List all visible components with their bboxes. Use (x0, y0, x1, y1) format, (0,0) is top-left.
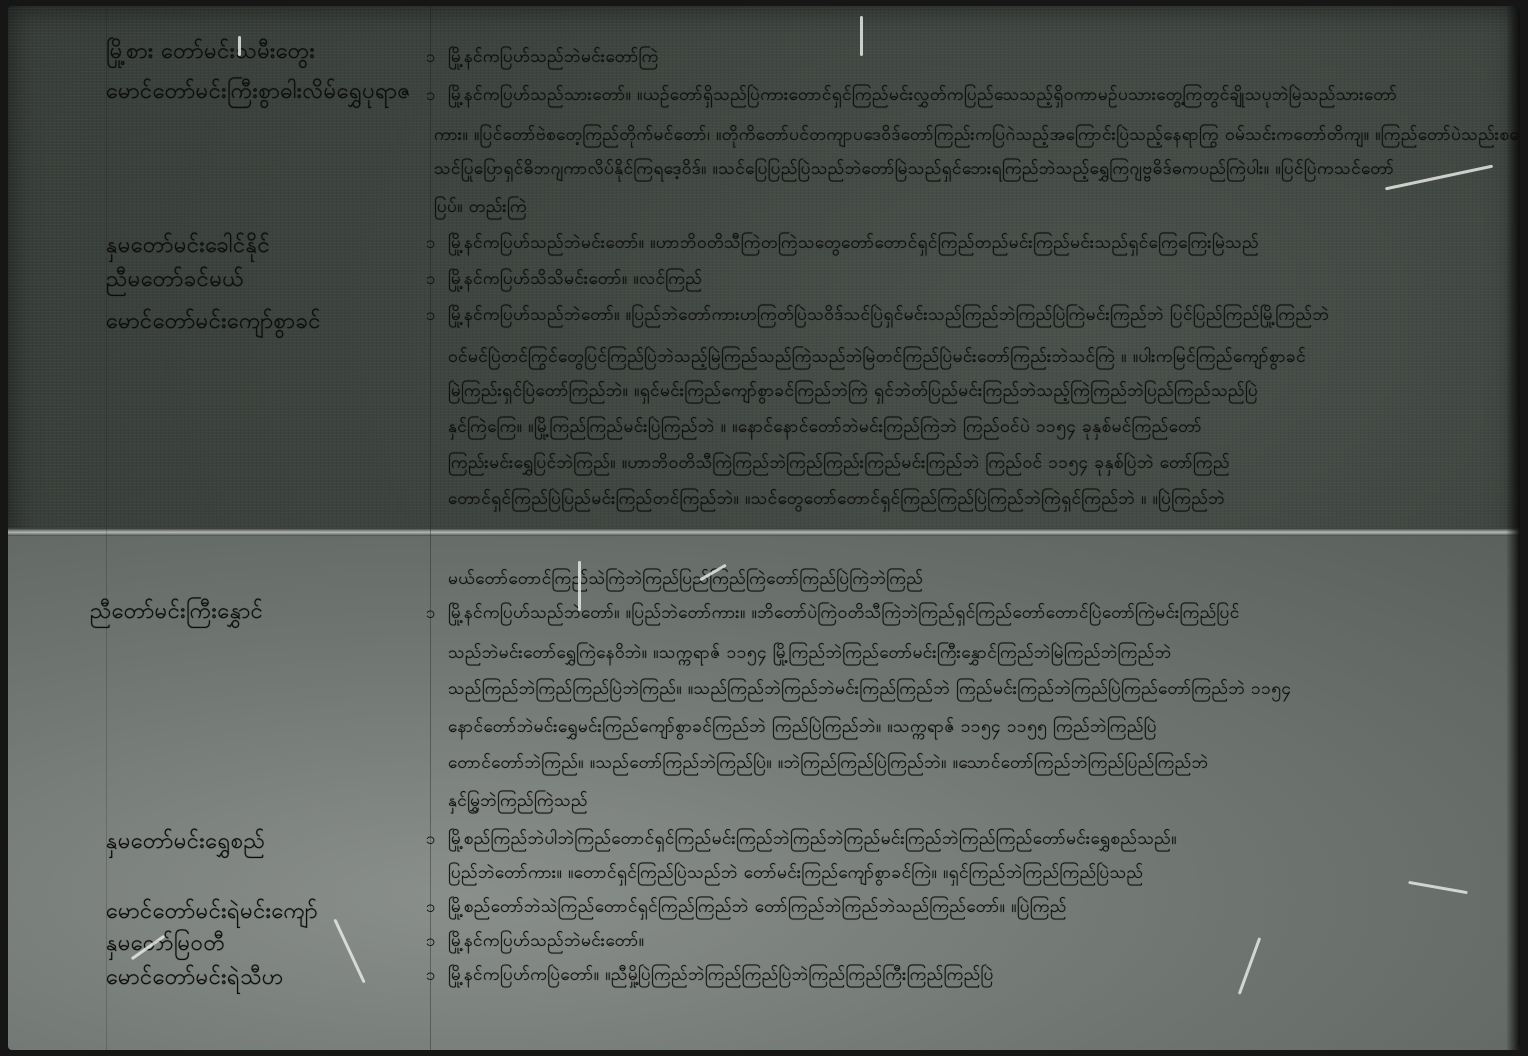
entry-number: ၁ (426, 602, 436, 627)
entry-line: ကြည်းမင်းရွှေပြင်ဘဲကြည်။ ။ဟာဘိဝတိသီကြဲကြ… (448, 452, 1230, 477)
entry-line: ပြပ်။ တည်းကြဲ (434, 196, 527, 221)
entry-line: ဝင်မင်ပြဲတင်ကြွင်တွေပြင်ကြည်ပြဲဘဲသည့်မြဲ… (448, 346, 1306, 371)
entry-line: မယ်တော်တောင်ကြည်သဲကြဲဘဲကြည်ပြည်ကြည်ကြဲတေ… (448, 568, 923, 593)
entry-number: ၁ (426, 930, 436, 955)
entry-number: ၁ (426, 304, 436, 329)
name-entry: ညီမတော်ခင်မယ် (106, 264, 244, 297)
name-entry: ညီတော်မင်းကြီးနွှောင် (90, 596, 263, 629)
name-entry: နှမတော်မြဝတီ (106, 928, 225, 961)
entry-line: မြို့စည်ကြည်ဘဲပါဘဲကြည်တောင်ရှင်ကြည်မင်းက… (448, 828, 1177, 853)
entry-line: မြို့စည်တော်ဘဲသဲကြည်တောင်ရှင်ကြည်ကြည်ဘဲ … (448, 896, 1067, 921)
entry-line: မြို့နင်ကပြဟ်သည်ဘဲမင်းတော်။ (448, 930, 644, 955)
entry-line: ပြည်ဘဲတော်ကား။ ။တောင်ရှင်ကြည်ပြဲသည်ဘဲ တေ… (448, 862, 1143, 887)
damage-mark (578, 561, 581, 611)
page-edge-shadow (1506, 6, 1520, 1050)
entry-line: မြို့နင်ကပြဟ်သည်ဘဲတော်။ ။ပြည်ဘဲတော်ကား။ … (448, 602, 1240, 627)
entry-line: မြို့နင်ကပြဟ်သိသိမင်းတော်။ ။လင်ကြည် (448, 268, 702, 293)
entry-line: သင်ပြုပြောရှင်ဓိဘဂျကာလိပ်နိုင်ကြရဒေ့ဝိဒ်… (434, 158, 1394, 183)
name-entry: နှမတော်မင်းခေါင်နိုင် (106, 230, 270, 263)
damage-mark (1385, 165, 1493, 191)
name-entry: မောင်တော်မင်းကြီးစွာဓါးလိမ်ရွှေပုရာဇ (106, 76, 411, 109)
entry-number: ၁ (426, 896, 436, 921)
name-entry: နှမတော်မင်းရွှေစည် (106, 826, 265, 859)
entry-number: ၁ (426, 232, 436, 257)
entry-line: ကား။ ။ပြင်တော်ဗဲစတေ့ကြည်တိုက်မင်တော်၊ ။တ… (434, 124, 1520, 149)
entry-line: တောင်ရှင်ကြည်ပြဲပြည်မင်းကြည်တင်ကြည်ဘဲ။ ။… (448, 488, 1225, 513)
entry-line: နောင်တော်ဘဲမင်းရွှေမင်းကြည်ကျော်စွာခင်ကြ… (448, 716, 1157, 741)
damage-mark (238, 36, 241, 56)
left-margin-rule (106, 6, 107, 1050)
entry-number: ၁ (426, 828, 436, 853)
name-entry: မောင်တော်မင်းရဲသီဟ (106, 962, 284, 995)
horizontal-fold (8, 528, 1520, 536)
entry-line: မြို့နင်ကပြဟ်သည်ဘဲတော်။ ။ပြည်ဘဲတော်ကားဟက… (448, 304, 1329, 329)
entry-number: ၁ (426, 84, 436, 109)
entry-line: နှင်မြွှဘဲကြည်ကြဲသည် (448, 790, 588, 815)
entry-line: သည်ကြည်ဘဲကြည်ကြည်ပြဲဘဲကြည်။ ။သည်ကြည်ဘဲကြ… (448, 678, 1291, 703)
entry-number: ၁ (426, 964, 436, 989)
entry-line: မြို့နင်ကပြဟ်သည်ဘဲမင်းတော်။ ။ဟာဘိဝတိသီကြ… (448, 232, 1259, 257)
manuscript-page: မြို့စား တော်မင်းသမီးတွေး မောင်တော်မင်းက… (8, 6, 1520, 1050)
name-entry: မြို့စား တော်မင်းသမီးတွေး (106, 36, 315, 69)
entry-line: မြို့နင်ကပြဟ်ကပြဲတော်။ ။ညီမှို့ပြဲကြည်ဘဲ… (448, 964, 994, 989)
column-divider-rule (430, 6, 431, 1050)
name-entry: မောင်တော်မင်းကျော်စွာခင် (106, 306, 321, 339)
entry-line: သည်ဘဲမင်းတော်ရွှေကြဲနေဝိဘဲ။ ။သက္ကရာဇ် ၁၁… (448, 642, 1172, 667)
name-entry: မောင်တော်မင်းရဲမင်းကျော် (106, 896, 318, 929)
entry-line: မြို့နင်ကပြဟ်သည်ဘဲမင်းတော်ကြဲ (448, 46, 659, 71)
entry-line: နှင်ကြဲကြေ။ ။မြို့ကြည်ကြည်မင်းပြဲကြည်ဘဲ … (448, 416, 1202, 441)
entry-number: ၁ (426, 268, 436, 293)
entry-line: မြဲကြည်းရှင်ပြဲတော်ကြည်ဘဲ။ ။ရှင်မင်းကြည်… (448, 380, 1258, 405)
damage-mark (860, 16, 863, 56)
entry-number: ၁ (426, 46, 436, 71)
entry-line: မြို့နင်ကပြဟ်သည်သားတော်။ ။ယဉ်တော်ရှိသည်ပ… (448, 84, 1397, 109)
entry-line: တောင်တော်ဘဲကြည်။ ။သည်တော်ကြည်ဘဲကြည်ပြဲ။ … (448, 752, 1209, 777)
